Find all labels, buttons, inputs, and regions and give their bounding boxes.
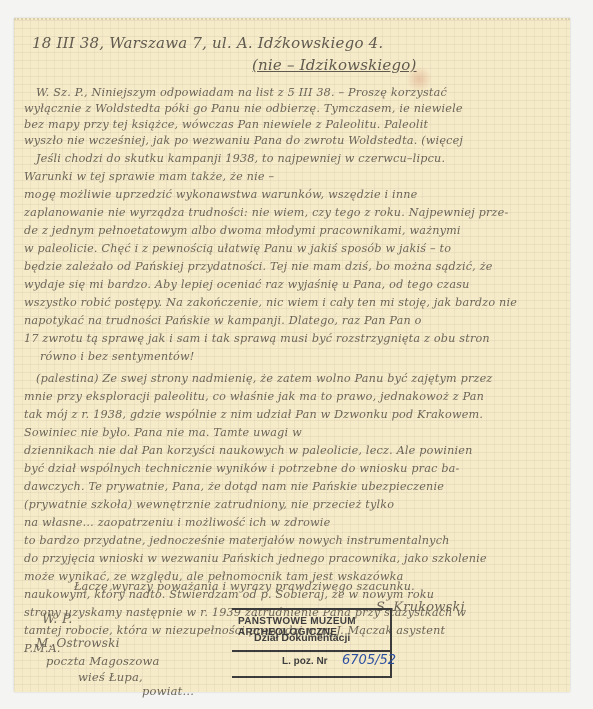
stamp-department: Dział Dokumentacji	[254, 632, 350, 644]
body-line: (palestina) Ze swej strony nadmienię, że…	[36, 372, 493, 385]
letter-date-address: 18 III 38, Warszawa 7, ul. A. Idźkowskie…	[32, 34, 383, 52]
body-line: W. Sz. P., Niniejszym odpowiadam na list…	[36, 86, 447, 99]
letter-address-correction: (nie – Idzikowskiego)	[252, 56, 417, 74]
stamp-inventory-number: 6705/52	[342, 653, 396, 668]
body-line: Sowiniec nie było. Pana nie ma. Tamte uw…	[24, 426, 302, 439]
body-line: de z jednym pełnoetatowym albo dwoma mło…	[24, 224, 461, 237]
body-line: wyszło nie wcześniej, jak po wezwaniu Pa…	[24, 134, 463, 147]
body-line: Jeśli chodzi do skutku kampanji 1938, to…	[36, 152, 445, 165]
body-line: w paleolicie. Chęć i z pewnością ułatwię…	[24, 242, 451, 255]
body-line: równo i bez sentymentów!	[40, 350, 194, 363]
body-line: tak mój z r. 1938, gdzie wspólnie z nim …	[24, 408, 483, 421]
body-line: wydaje się mi bardzo. Aby lepiej oceniać…	[24, 278, 470, 291]
body-line: na własne... zaopatrzeniu i możliwość ic…	[24, 516, 330, 529]
body-line: zaplanowanie nie wyrządza trudności: nie…	[24, 206, 508, 219]
body-line: dziennikach nie dał Pan korzyści naukowy…	[24, 444, 472, 457]
body-line: wszystko robić postępy. Na zakończenie, …	[24, 296, 517, 309]
body-line: Warunki w tej sprawie mam także, że nie …	[24, 170, 274, 183]
handwritten-letter-page: 18 III 38, Warszawa 7, ul. A. Idźkowskie…	[14, 18, 570, 692]
body-line: dawczych. Te prywatnie, Pana, że dotąd n…	[24, 480, 444, 493]
recipient-name: M. Ostrowski	[36, 636, 120, 650]
body-line: mogę możliwie uprzedzić wykonawstwa waru…	[24, 188, 417, 201]
body-line: mnie przy eksploracji paleolitu, co właś…	[24, 390, 484, 403]
closing-line: Łączę wyrazy poważania i wyrazy prawdziw…	[74, 580, 415, 593]
body-line: to bardzo przydatne, jednocześnie materj…	[24, 534, 450, 547]
body-line: 17 zwrotu tą sprawę jak i sam i tak spra…	[24, 332, 490, 345]
stamp-number-label: L. poz. Nr	[282, 656, 328, 667]
recipient-village: wieś Łupa,	[78, 670, 143, 684]
body-line: wyłącznie z Woldstedta póki go Panu nie …	[24, 102, 463, 115]
body-line: bez mapy przy tej książce, wówczas Pan n…	[24, 118, 428, 131]
body-line: być dział wspólnych technicznie wyników …	[24, 462, 460, 475]
recipient-county: powiat...	[142, 684, 194, 698]
recipient-post-office: poczta Magoszowa	[46, 654, 160, 668]
body-line: do przyjęcia wnioski w wezwaniu Pańskich…	[24, 552, 487, 565]
stamp-divider	[232, 650, 390, 652]
body-line: będzie zależało od Pańskiej przydatności…	[24, 260, 493, 273]
recipient-salutation: W. P.	[42, 612, 73, 627]
body-line: napotykać na trudności Pańskie w kampanj…	[24, 314, 422, 327]
archive-stamp: PAŃSTWOWE MUZEUM ARCHEOLOGICZNE Dział Do…	[232, 608, 392, 678]
body-line: (prywatnie szkoła) wewnętrznie zatrudnio…	[24, 498, 394, 511]
